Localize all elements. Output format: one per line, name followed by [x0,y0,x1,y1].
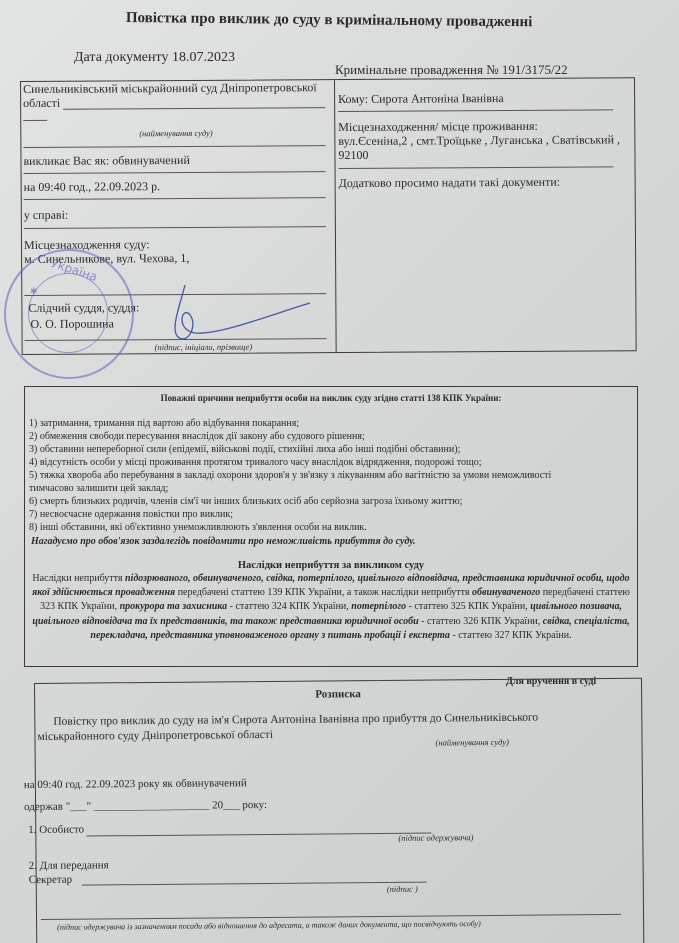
recipient-address-line2: 92100 [338,148,368,163]
receipt-court-caption: (найменування суду) [435,737,508,748]
receipt-box: Розписка Повістку про виклик до суду на … [34,678,644,943]
column-divider [334,80,337,352]
case-number: Кримінальне провадження № 191/3175/22 [335,62,568,78]
receipt-line2: міськрайонного суду Дніпропетровської об… [37,729,273,743]
underline [23,145,325,148]
underline [338,109,613,112]
reason-item: 2) обмеження свободи пересування внаслід… [29,431,365,442]
personally-label: 1. Особисто [28,824,84,836]
stamp-star-icon: ✱ [30,286,38,297]
receipt-appear-line: на 09:40 год. 22.09.2023 року як обвинув… [24,777,247,791]
underline [24,171,326,174]
emphasized-text: потерпілого [351,601,406,612]
secretary-sign-caption: (підпис ) [387,884,418,894]
recipient-name: Кому: Сирота Антоніна Іванівна [338,91,504,107]
judge-signature [150,275,320,355]
reason-item: 7) несвоєчасне одержання повістки про ви… [29,509,233,520]
hearing-datetime: на 09:40 год., 22.09.2023 р. [24,179,161,195]
emphasized-text: прокурора та захисника [120,601,228,612]
in-case-label: у справі: [24,208,69,223]
receipt-line1: Повістку про виклик до суду на ім'я Сиро… [53,712,538,728]
reason-item: 1) затримання, тримання під вартою або в… [29,418,299,429]
recipient-details-line [41,914,621,920]
secretary-signature-line [82,882,427,886]
reasons-heading: Поважні причини неприбуття особи на викл… [25,393,637,403]
reason-item: 4) відсутність особи у місці проживання … [29,457,481,468]
reminder-notice: Нагадуємо про обов'язок заздалегідь пові… [31,536,416,547]
underline [63,107,325,110]
summons-document: Повістка про виклик до суду в кримінальн… [0,0,679,943]
plain-text: - статтею 327 КПК України. [450,630,572,641]
for-transfer-label: 2. Для передання [29,859,109,872]
reason-item: 3) обставини непереборної сили (епідемії… [29,444,460,455]
documents-label: Додатково просимо надати такі документи: [339,175,561,191]
personally-signature-line [86,833,431,837]
consequences-heading: Наслідки неприбуття за викликом суду [25,560,637,571]
plain-text: передбачені статтею 139 КПК України, а т… [175,587,472,598]
summoned-as: викликає Вас як: обвинувачений [23,153,189,169]
reason-item: 6) смерть близьких родичів, членів сім'ї… [29,496,462,507]
secretary-label: Секретар [29,874,73,886]
reason-item: 5) тяжка хвороба або перебування в закла… [29,470,551,481]
bottom-caption: (підпис одержувача із зазначенням посади… [57,919,481,932]
court-stamp: Україна ✱ [4,249,134,379]
recipient-address-line1: вул.Єсеніна,2 , смт.Троїцьке , Луганська… [338,132,620,149]
plain-text: - статтею 326 КПК України, [419,616,543,627]
underline [339,166,614,169]
reason-item: 8) інші обставини, які об'єктивно унемож… [29,522,367,533]
document-title: Повістка про виклик до суду в кримінальн… [126,10,533,31]
reason-item: тимчасово залишити цей заклад; [29,483,168,494]
court-name-line2: області [23,96,60,111]
underline [24,197,326,200]
document-date: Дата документу 18.07.2023 [74,50,235,66]
stamp-inner-ring [28,273,108,353]
valid-reasons-box: Поважні причини неприбуття особи на викл… [24,386,638,667]
plain-text: - статтею 325 КПК України, [406,601,530,612]
underline [24,226,326,229]
consequences-text: Наслідки неприбуття підозрюваного, обвин… [29,572,633,643]
emphasized-text: обвинуваченого [472,587,540,598]
receipt-heading: Розписка [35,686,641,703]
court-name-line1: Синельниківський міськрайонний суд Дніпр… [23,80,317,97]
court-name-caption: (найменування суду) [139,128,212,138]
receipt-received-line: одержав "___" _____________________ 20__… [24,799,267,813]
plain-text: Наслідки неприбуття [32,573,125,584]
plain-text: - статтею 324 КПК України, [227,601,351,612]
recipient-sign-caption: (підпис одержувача) [398,832,473,843]
underline [23,120,47,121]
